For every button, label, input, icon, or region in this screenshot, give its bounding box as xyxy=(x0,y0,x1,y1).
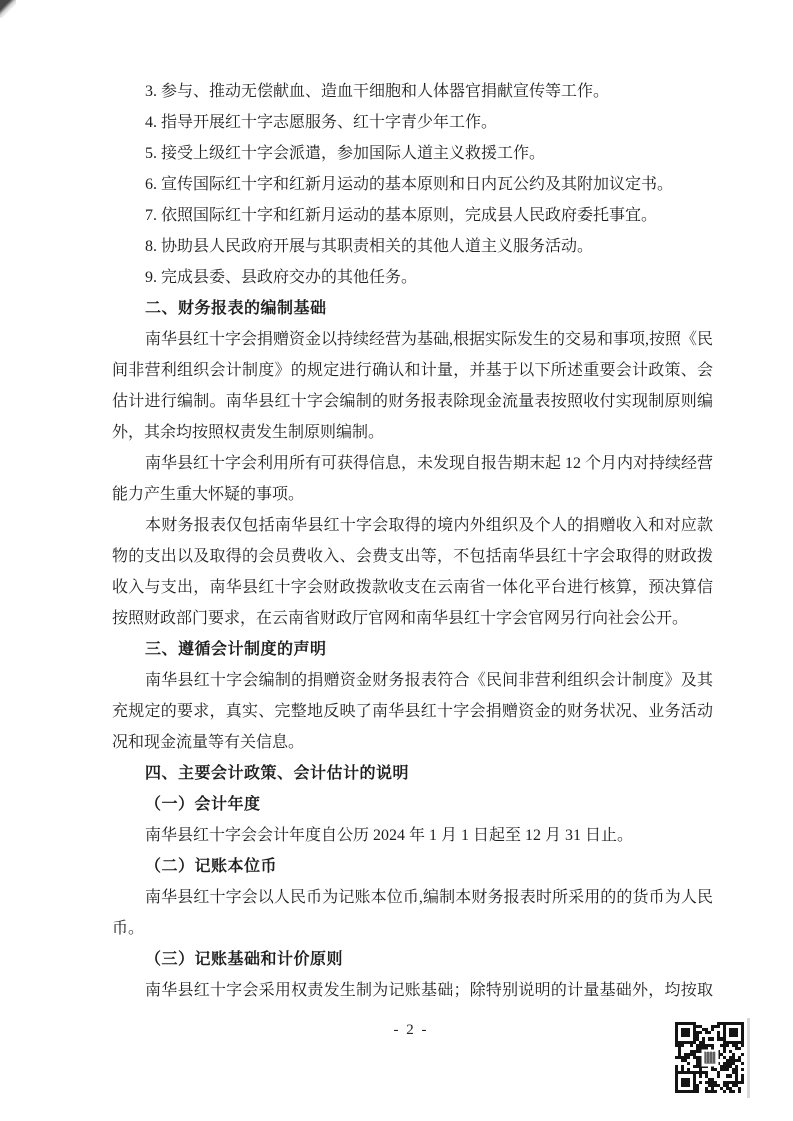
paragraph-line: 收入与支出，南华县红十字会财政拨款收支在云南省一体化平台进行核算，预决算信息 xyxy=(112,572,713,603)
list-item: 5. 接受上级红十字会派遣，参加国际人道主义救援工作。 xyxy=(112,138,713,169)
list-item: 3. 参与、推动无偿献血、造血干细胞和人体器官捐献宣传等工作。 xyxy=(112,76,713,107)
document-body: 3. 参与、推动无偿献血、造血干细胞和人体器官捐献宣传等工作。 4. 指导开展红… xyxy=(112,76,713,1006)
subsection-heading: （二）记账本位币 xyxy=(112,851,713,882)
paragraph-line: 南华县红十字会以人民币为记账本位币,编制本财务报表时所采用的的货币为人民 xyxy=(112,882,713,913)
paragraph-line: 估计进行编制。南华县红十字会编制的财务报表除现金流量表按照收付实现制原则编制 xyxy=(112,386,713,417)
paragraph-line: 南华县红十字会编制的捐赠资金财务报表符合《民间非营利组织会计制度》及其补 xyxy=(112,665,713,696)
paragraph-line: 南华县红十字会采用权责发生制为记账基础；除特别说明的计量基础外，均按取得 xyxy=(112,975,713,1006)
scan-corner-artifact xyxy=(0,0,16,18)
paragraph-line: 南华县红十字会捐赠资金以持续经营为基础,根据实际发生的交易和事项,按照《民 xyxy=(112,324,713,355)
paragraph-line: 间非营利组织会计制度》的规定进行确认和计量，并基于以下所述重要会计政策、会计 xyxy=(112,355,713,386)
list-item: 8. 协助县人民政府开展与其职责相关的其他人道主义服务活动。 xyxy=(112,231,713,262)
section-heading: 二、财务报表的编制基础 xyxy=(112,293,713,324)
section-heading: 四、主要会计政策、会计估计的说明 xyxy=(112,758,713,789)
subsection-heading: （三）记账基础和计价原则 xyxy=(112,944,713,975)
paragraph-line: 本财务报表仅包括南华县红十字会取得的境内外组织及个人的捐赠收入和对应款 xyxy=(112,510,713,541)
paragraph-line: 南华县红十字会利用所有可获得信息，未发现自报告期末起 12 个月内对持续经营 xyxy=(112,448,713,479)
paragraph-line: 况和现金流量等有关信息。 xyxy=(112,727,713,758)
paragraph-line: 物的支出以及取得的会员费收入、会费支出等，不包括南华县红十字会取得的财政拨款 xyxy=(112,541,713,572)
paragraph-line: 充规定的要求，真实、完整地反映了南华县红十字会捐赠资金的财务状况、业务活动情 xyxy=(112,696,713,727)
qr-center-logo xyxy=(701,1049,718,1066)
paragraph-line: 按照财政部门要求，在云南省财政厅官网和南华县红十字会官网另行向社会公开。 xyxy=(112,603,713,634)
list-item: 6. 宣传国际红十字和红新月运动的基本原则和日内瓦公约及其附加议定书。 xyxy=(112,169,713,200)
paragraph-line: 外，其余均按照权责发生制原则编制。 xyxy=(112,417,713,448)
paragraph-line: 币。 xyxy=(112,913,713,944)
subsection-heading: （一）会计年度 xyxy=(112,789,713,820)
list-item: 4. 指导开展红十字志愿服务、红十字青少年工作。 xyxy=(112,107,713,138)
paragraph-line: 南华县红十字会会计年度自公历 2024 年 1 月 1 日起至 12 月 31 … xyxy=(112,820,713,851)
qr-code-icon xyxy=(672,1019,747,1096)
qr-scan-edge-strip xyxy=(747,1018,750,1098)
list-item: 9. 完成县委、县政府交办的其他任务。 xyxy=(112,262,713,293)
section-heading: 三、遵循会计制度的声明 xyxy=(112,634,713,665)
list-item: 7. 依照国际红十字和红新月运动的基本原则，完成县人民政府委托事宜。 xyxy=(112,200,713,231)
paragraph-line: 能力产生重大怀疑的事项。 xyxy=(112,479,713,510)
